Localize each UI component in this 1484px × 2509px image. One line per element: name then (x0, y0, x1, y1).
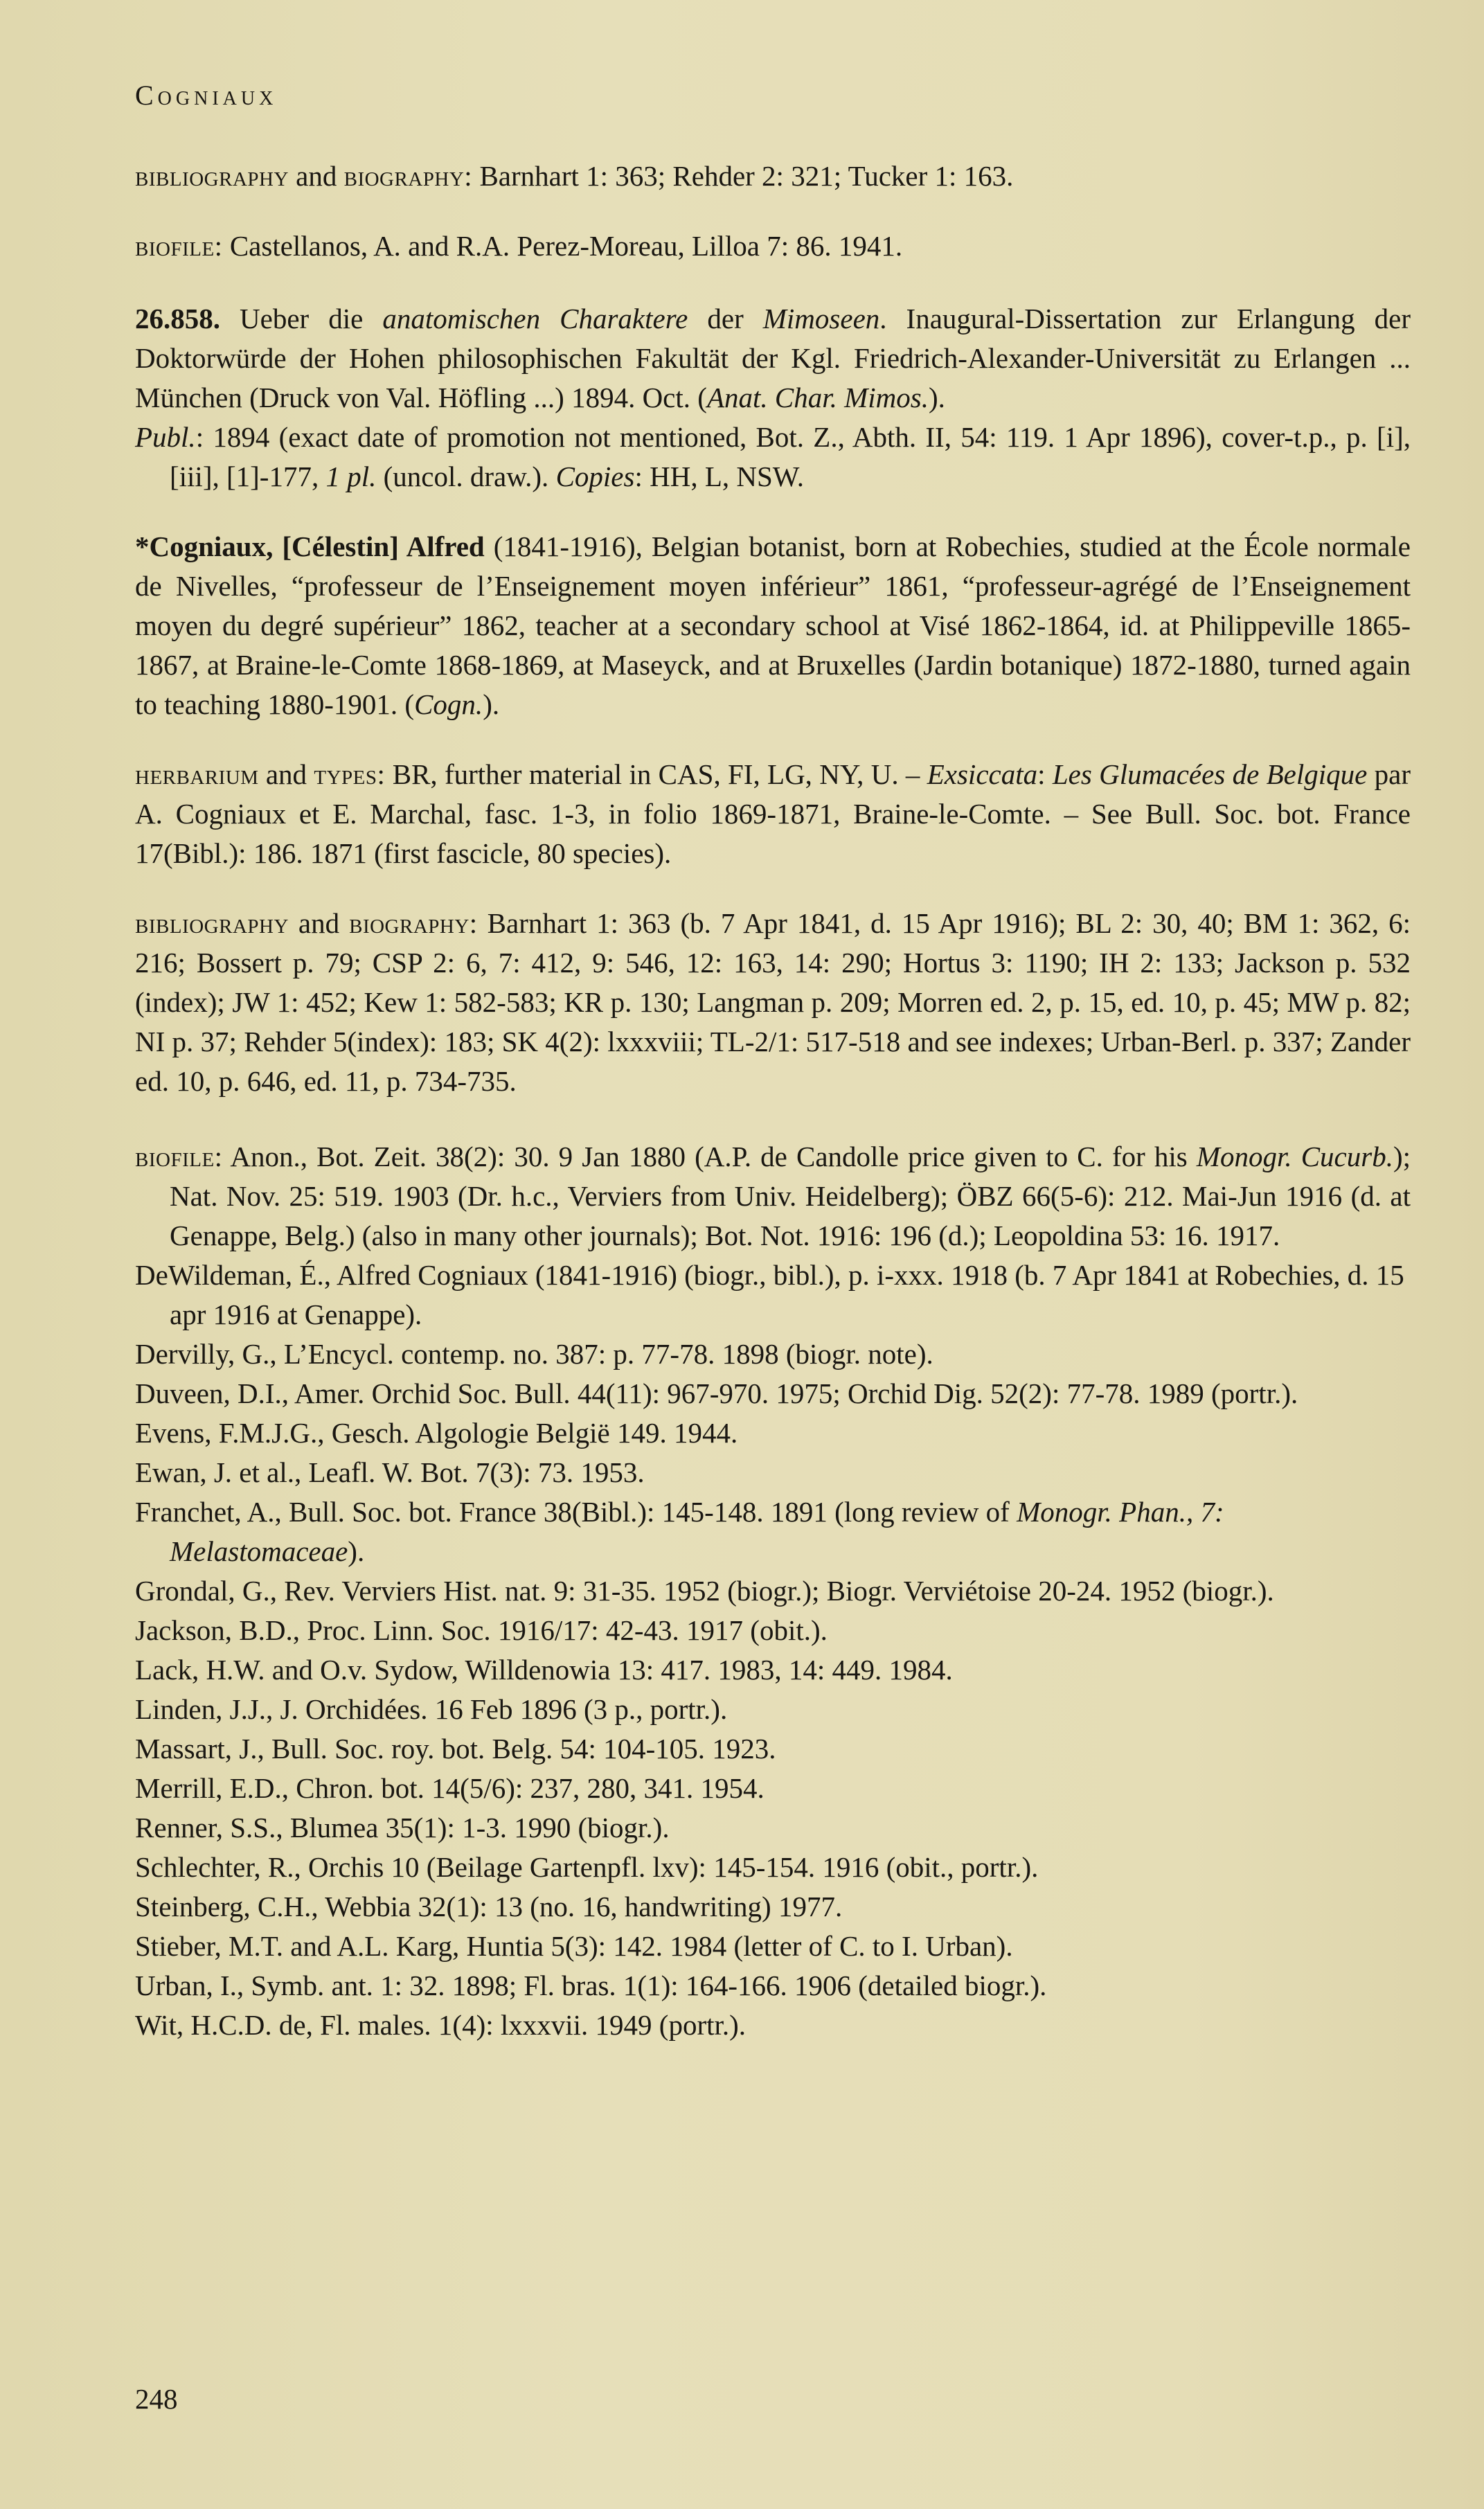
biofile-ref: Merrill, E.D., Chron. bot. 14(5/6): 237,… (135, 1769, 1411, 1808)
biofile-ref: Dervilly, G., L’Encycl. contemp. no. 387… (135, 1334, 1411, 1374)
biofile-ref: Massart, J., Bull. Soc. roy. bot. Belg. … (135, 1729, 1411, 1769)
work-number: 26.858. (135, 303, 220, 334)
author-entry: *Cogniaux, [Célestin] Alfred (1841-1916)… (135, 527, 1411, 724)
biofile-label: biofile: (135, 1141, 223, 1172)
work-entry-26858: 26.858. Ueber die anatomischen Charakter… (135, 299, 1411, 418)
biofile-ref: Stieber, M.T. and A.L. Karg, Huntia 5(3)… (135, 1927, 1411, 1966)
biofile-ref: Evens, F.M.J.G., Gesch. Algologie België… (135, 1413, 1411, 1453)
biofile-ref: Urban, I., Symb. ant. 1: 32. 1898; Fl. b… (135, 1966, 1411, 2006)
biofile-ref: Jackson, B.D., Proc. Linn. Soc. 1916/17:… (135, 1611, 1411, 1650)
biofile-ref: Duveen, D.I., Amer. Orchid Soc. Bull. 44… (135, 1374, 1411, 1413)
herbarium-section: herbarium and types: BR, further materia… (135, 755, 1411, 873)
work-publication-note: Publ.: 1894 (exact date of promotion not… (135, 418, 1411, 497)
biofile-ref: Linden, J.J., J. Orchidées. 16 Feb 1896 … (135, 1690, 1411, 1729)
prev-bibliography: bibliography and biography: Barnhart 1: … (135, 157, 1411, 196)
biography-label: biography: (344, 160, 473, 192)
page-number: 248 (135, 2382, 178, 2416)
prev-biofile: biofile: Castellanos, A. and R.A. Perez-… (135, 226, 1411, 266)
biofile-ref: Lack, H.W. and O.v. Sydow, Willdenowia 1… (135, 1650, 1411, 1690)
biofile-ref: Renner, S.S., Blumea 35(1): 1-3. 1990 (b… (135, 1808, 1411, 1848)
running-head: Cogniaux (135, 78, 1411, 114)
work-abbreviation: Anat. Char. Mimos. (707, 382, 929, 413)
biofile-ref: Grondal, G., Rev. Verviers Hist. nat. 9:… (135, 1571, 1411, 1611)
biofile-ref: Ewan, J. et al., Leafl. W. Bot. 7(3): 73… (135, 1453, 1411, 1492)
biofile-ref: Schlechter, R., Orchis 10 (Beilage Garte… (135, 1848, 1411, 1887)
author-name: *Cogniaux, [Célestin] Alfred (135, 530, 485, 562)
biofile-ref: DeWildeman, É., Alfred Cogniaux (1841-19… (135, 1256, 1411, 1334)
biofile-ref: Wit, H.C.D. de, Fl. males. 1(4): lxxxvii… (135, 2006, 1411, 2045)
biofile-section: biofile: Anon., Bot. Zeit. 38(2): 30. 9 … (135, 1137, 1411, 2045)
biofile-ref: Steinberg, C.H., Webbia 32(1): 13 (no. 1… (135, 1887, 1411, 1927)
page-body: Cogniaux bibliography and biography: Bar… (135, 78, 1411, 2045)
bibliography-label: bibliography (135, 160, 289, 192)
biofile-ref: Franchet, A., Bull. Soc. bot. France 38(… (135, 1492, 1411, 1571)
biofile-label: biofile: (135, 230, 223, 262)
bibliography-section: bibliography and biography: Barnhart 1: … (135, 904, 1411, 1101)
biofile-entry: biofile: Anon., Bot. Zeit. 38(2): 30. 9 … (135, 1137, 1411, 1256)
